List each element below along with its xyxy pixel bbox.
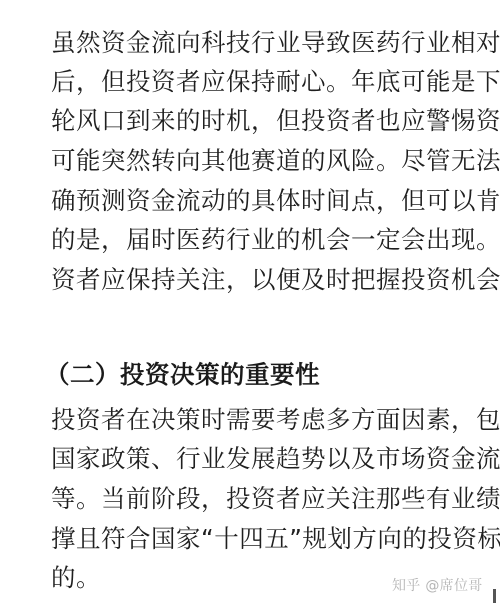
paragraph-line: 资者应保持关注，以便及时把握投资机会。 [51, 265, 500, 295]
zhihu-watermark: 知乎 @席位哥 [392, 575, 483, 595]
paragraph-line: 后，但投资者应保持耐心。年底可能是下一 [51, 67, 500, 97]
paragraph-line: 轮风口到来的时机，但投资者也应警惕资金 [51, 106, 500, 136]
scrollbar-thumb[interactable] [493, 589, 496, 603]
section-heading: （二）投资决策的重要性 [45, 360, 320, 390]
paragraph-line: 的。 [51, 563, 101, 593]
paragraph-line: 等。当前阶段，投资者应关注那些有业绩支 [51, 484, 500, 514]
paragraph-line: 投资者在决策时需要考虑多方面因素，包括 [51, 405, 500, 435]
paragraph-line: 确预测资金流动的具体时间点，但可以肯定 [51, 186, 500, 216]
paragraph-line: 可能突然转向其他赛道的风险。尽管无法准 [51, 146, 500, 176]
paragraph-line: 撑且符合国家“十四五”规划方向的投资标 [51, 524, 500, 554]
paragraph-line: 国家政策、行业发展趋势以及市场资金流向 [51, 444, 500, 474]
paragraph-line: 的是，届时医药行业的机会一定会出现。投 [51, 225, 500, 255]
paragraph-line: 虽然资金流向科技行业导致医药行业相对滞 [51, 28, 500, 58]
